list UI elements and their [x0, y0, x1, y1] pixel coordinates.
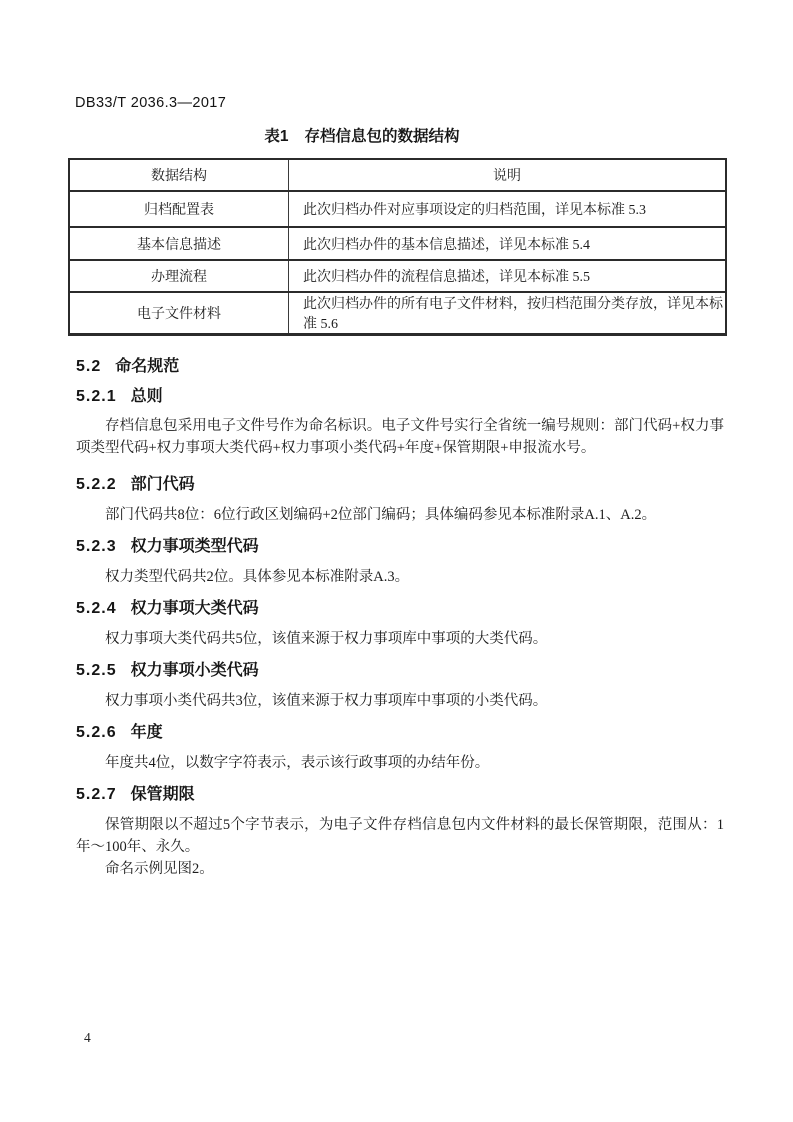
paragraph-5-2-6: 年度共4位，以数字字符表示，表示该行政事项的办结年份。 [76, 752, 724, 774]
section-number: 5.2 [76, 358, 101, 375]
section-number: 5.2.2 [76, 476, 117, 493]
section-title: 权力事项大类代码 [131, 600, 259, 617]
table-header-row: 数据结构 说明 [69, 159, 726, 191]
row-description-cell: 此次归档办件对应事项设定的归档范围，详见本标准 5.3 [289, 191, 727, 227]
data-structure-table: 数据结构 说明 归档配置表 此次归档办件对应事项设定的归档范围，详见本标准 5.… [68, 158, 727, 336]
paragraph-5-2-2: 部门代码共8位：6位行政区划编码+2位部门编码；具体编码参见本标准附录A.1、A… [76, 504, 724, 526]
section-title: 命名规范 [115, 358, 179, 375]
row-name-cell: 办理流程 [69, 260, 289, 292]
page-number: 4 [84, 1030, 91, 1046]
row-name-cell: 基本信息描述 [69, 227, 289, 260]
paragraph-5-2-5: 权力事项小类代码共3位，该值来源于权力事项库中事项的小类代码。 [76, 690, 724, 712]
section-number: 5.2.6 [76, 724, 117, 741]
paragraph-5-2-3: 权力类型代码共2位。具体参见本标准附录A.3。 [76, 566, 724, 588]
section-title: 权力事项类型代码 [131, 538, 259, 555]
section-heading-5-2-2: 5.2.2部门代码 [76, 475, 195, 495]
section-title: 保管期限 [131, 786, 195, 803]
table-caption-label: 表1 [264, 128, 288, 145]
row-name-cell: 电子文件材料 [69, 292, 289, 335]
table-row: 办理流程 此次归档办件的流程信息描述，详见本标准 5.5 [69, 260, 726, 292]
section-number: 5.2.7 [76, 786, 117, 803]
section-title: 总则 [131, 388, 163, 405]
column-header-structure: 数据结构 [69, 159, 289, 191]
row-description-cell: 此次归档办件的基本信息描述，详见本标准 5.4 [289, 227, 727, 260]
section-heading-5-2-7: 5.2.7保管期限 [76, 785, 195, 805]
section-number: 5.2.5 [76, 662, 117, 679]
section-heading-5-2-6: 5.2.6年度 [76, 723, 163, 743]
table-row: 基本信息描述 此次归档办件的基本信息描述，详见本标准 5.4 [69, 227, 726, 260]
section-heading-5-2-4: 5.2.4权力事项大类代码 [76, 599, 259, 619]
section-title: 权力事项小类代码 [131, 662, 259, 679]
document-page: DB33/T 2036.3—2017 表1存档信息包的数据结构 数据结构 说明 … [0, 0, 793, 1122]
paragraph-5-2-4: 权力事项大类代码共5位，该值来源于权力事项库中事项的大类代码。 [76, 628, 724, 650]
section-heading-5-2-5: 5.2.5权力事项小类代码 [76, 661, 259, 681]
table-caption: 表1存档信息包的数据结构 [0, 124, 724, 146]
row-description-cell: 此次归档办件的所有电子文件材料，按归档范围分类存放，详见本标准 5.6 [289, 292, 727, 335]
table-caption-title: 存档信息包的数据结构 [305, 128, 460, 145]
section-number: 5.2.4 [76, 600, 117, 617]
paragraph-naming-example: 命名示例见图2。 [76, 858, 724, 880]
table-row: 电子文件材料 此次归档办件的所有电子文件材料，按归档范围分类存放，详见本标准 5… [69, 292, 726, 335]
section-title: 年度 [131, 724, 163, 741]
section-number: 5.2.3 [76, 538, 117, 555]
paragraph-5-2-7: 保管期限以不超过5个字节表示，为电子文件存档信息包内文件材料的最长保管期限，范围… [76, 814, 724, 858]
paragraph-5-2-1: 存档信息包采用电子文件号作为命名标识。电子文件号实行全省统一编号规则：部门代码+… [76, 415, 724, 459]
section-heading-5-2: 5.2命名规范 [76, 357, 179, 377]
section-number: 5.2.1 [76, 388, 117, 405]
section-heading-5-2-3: 5.2.3权力事项类型代码 [76, 537, 259, 557]
row-name-cell: 归档配置表 [69, 191, 289, 227]
table-row: 归档配置表 此次归档办件对应事项设定的归档范围，详见本标准 5.3 [69, 191, 726, 227]
column-header-description: 说明 [289, 159, 727, 191]
section-heading-5-2-1: 5.2.1总则 [76, 387, 163, 407]
row-description-cell: 此次归档办件的流程信息描述，详见本标准 5.5 [289, 260, 727, 292]
standard-code: DB33/T 2036.3—2017 [75, 95, 226, 111]
section-title: 部门代码 [131, 476, 195, 493]
